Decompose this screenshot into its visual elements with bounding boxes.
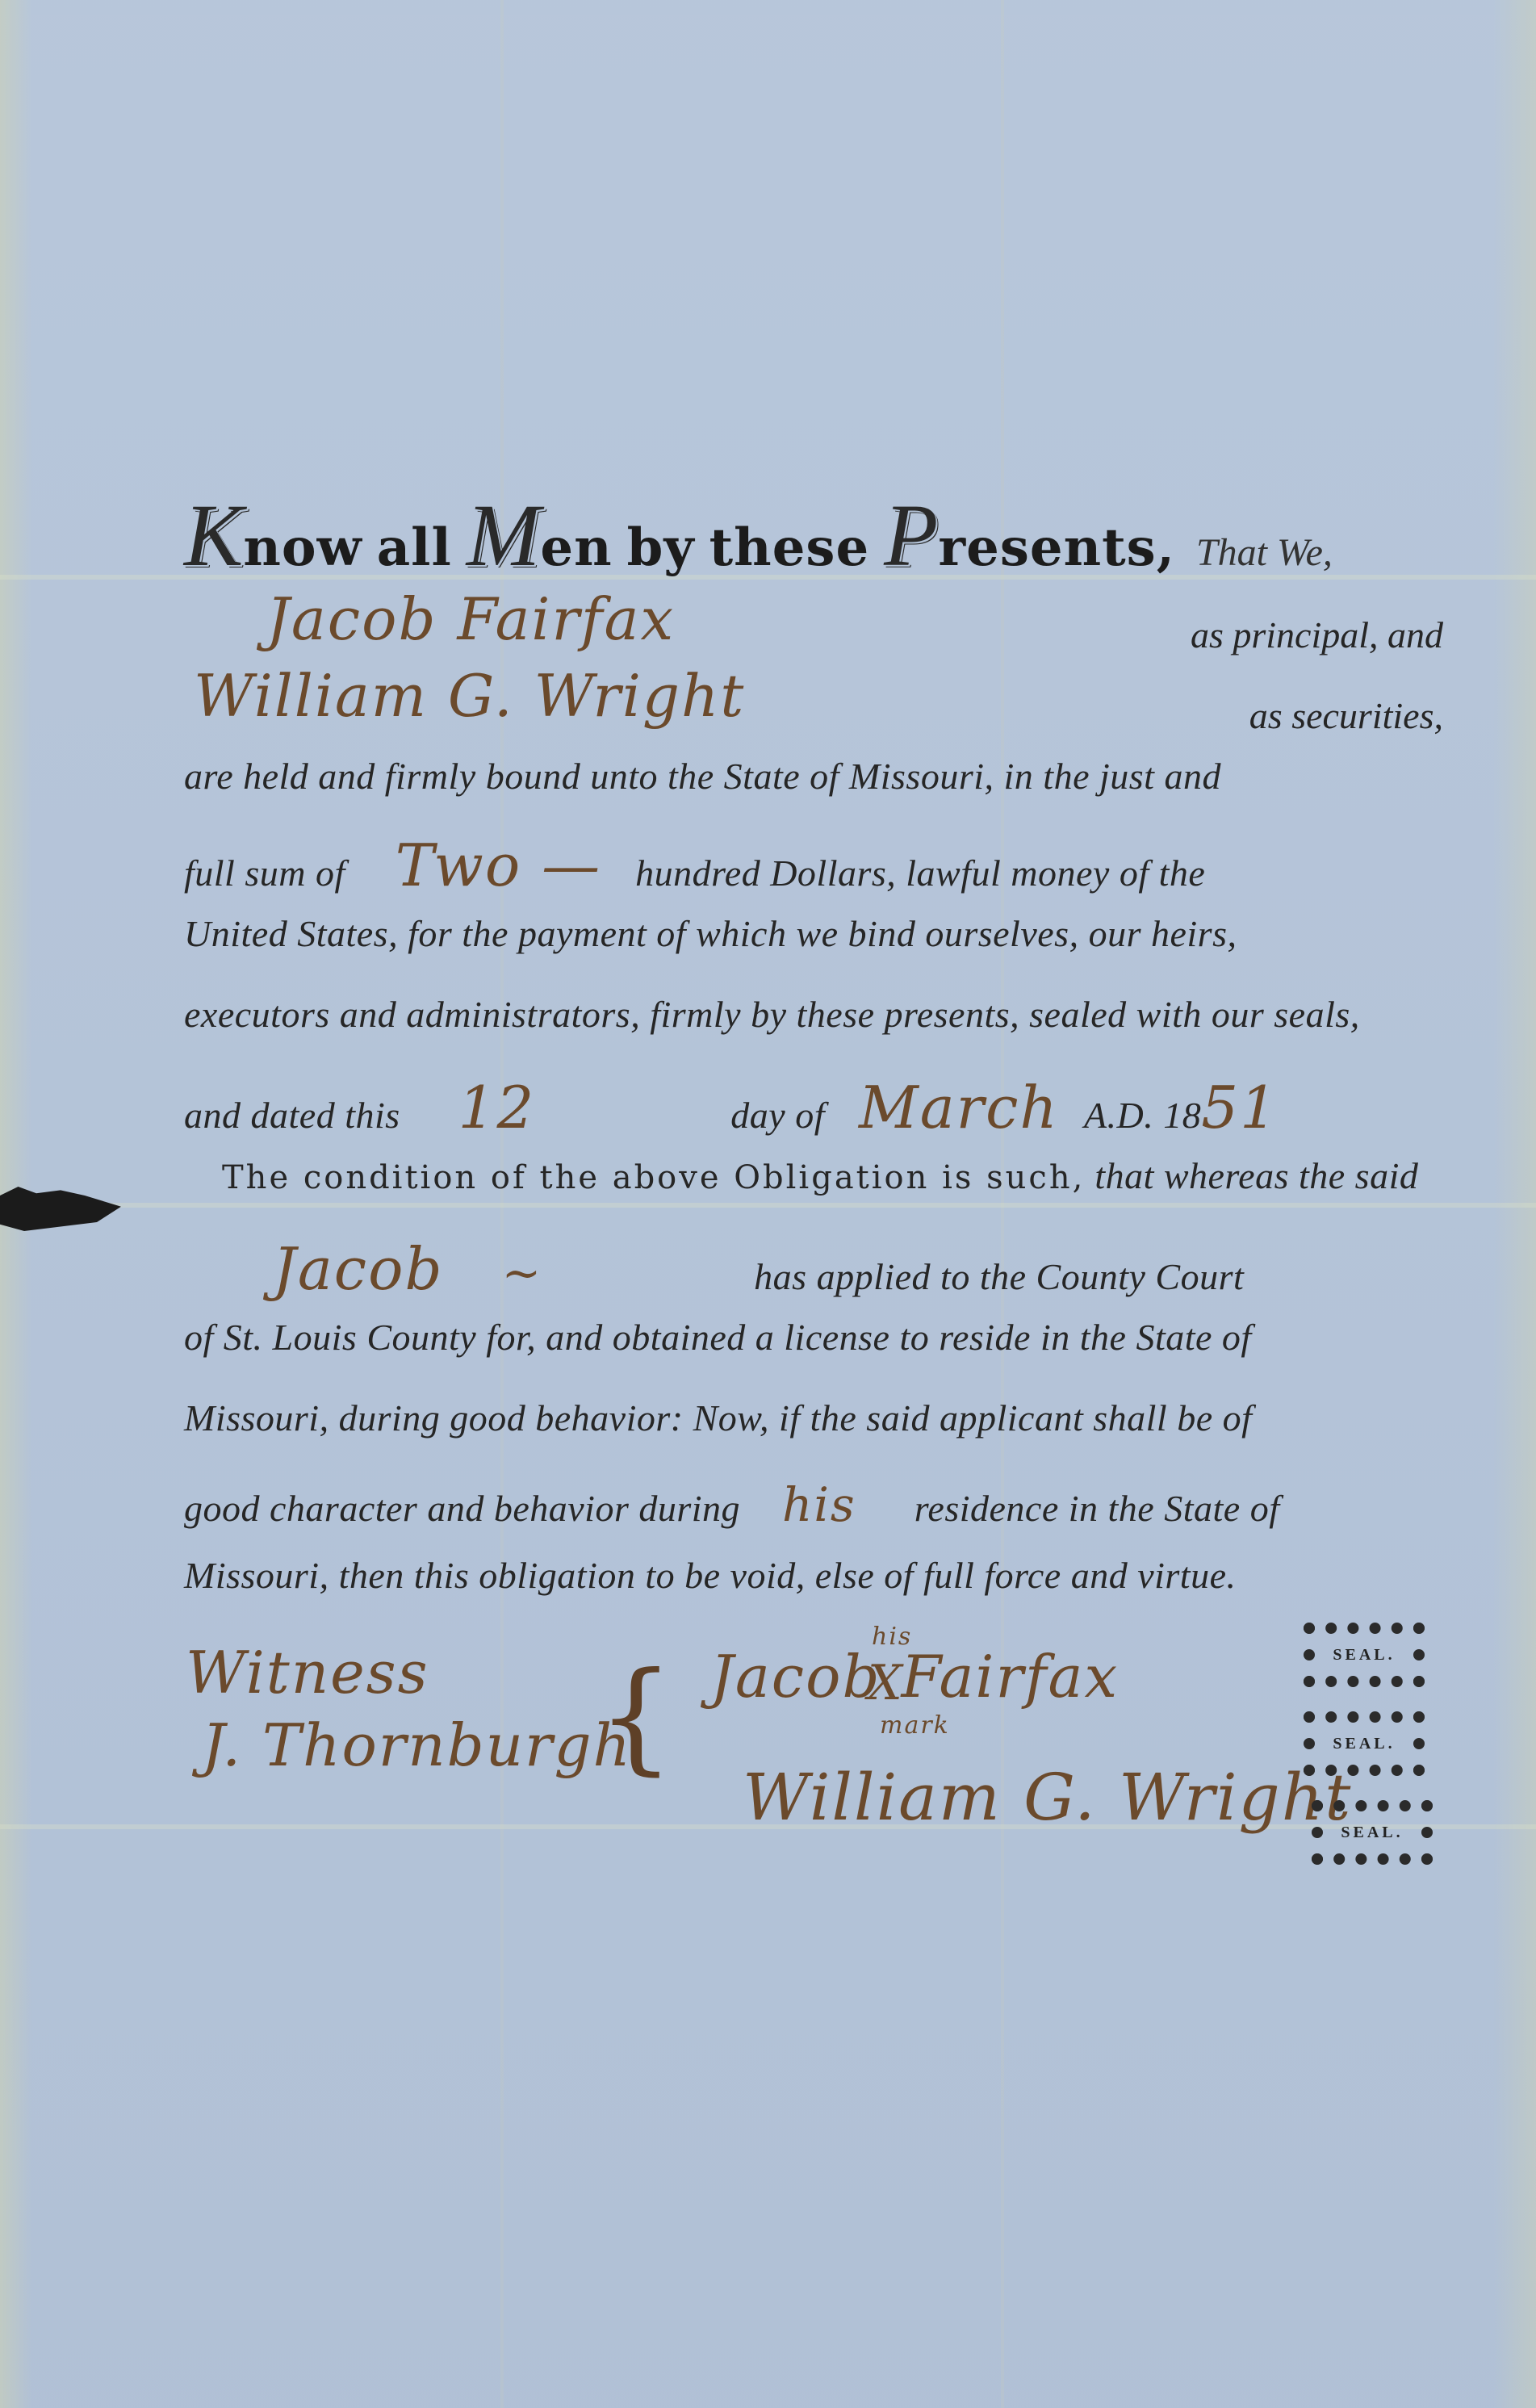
- body-line-1: are held and firmly bound unto the State…: [184, 755, 1443, 798]
- day-handwritten: 12: [458, 1074, 536, 1141]
- securities-label: as securities,: [1249, 694, 1443, 737]
- seal-1: SEAL.: [1304, 1623, 1425, 1687]
- security-signature: William G. Wright: [743, 1760, 1352, 1835]
- heading-text: resents,: [938, 517, 1175, 578]
- applicant-handwritten: Jacob: [273, 1235, 444, 1303]
- heading-text: these: [709, 517, 870, 578]
- body-line-2: full sum of Two — hundred Dollars, lawfu…: [184, 831, 1443, 899]
- paper-fold-horizontal: [0, 1203, 1536, 1208]
- principal-mark-mark: mark: [880, 1711, 950, 1740]
- condition-text: has applied to the County Court: [754, 1256, 1244, 1297]
- body-line-date: and dated this 12 day of March A.D. 1851: [184, 1074, 1443, 1141]
- condition-line-5: Missouri, then this obligation to be voi…: [184, 1554, 1443, 1597]
- body-text: and dated this: [184, 1095, 400, 1136]
- condition-text: good character and behavior during: [184, 1488, 740, 1529]
- sum-handwritten: Two —: [396, 831, 601, 899]
- witness-name-handwritten: J. Thornburgh: [202, 1711, 632, 1779]
- body-line-3: United States, for the payment of which …: [184, 912, 1443, 955]
- securities-name-handwritten: William G. Wright: [194, 662, 745, 730]
- principal-signature-text: Jacob Fairfax: [710, 1643, 1119, 1711]
- body-line-4: executors and administrators, firmly by …: [184, 993, 1443, 1036]
- month-handwritten: March: [859, 1074, 1059, 1141]
- heading-text: all: [377, 517, 452, 578]
- heading-that-we: That We,: [1196, 531, 1333, 574]
- condition-text: The condition of the above Obligation is…: [222, 1159, 1085, 1196]
- signature-brace: {: [597, 1647, 674, 1787]
- condition-line-3: Missouri, during good behavior: Now, if …: [184, 1397, 1443, 1439]
- seal-3: SEAL.: [1312, 1800, 1433, 1865]
- heading-text: by: [627, 517, 695, 578]
- condition-line-4: good character and behavior during his r…: [184, 1477, 1443, 1532]
- condition-text: that whereas the said: [1094, 1155, 1418, 1196]
- heading-initial-m: M: [467, 486, 541, 584]
- paper-damage-mark: [0, 1187, 121, 1231]
- principal-signature: Jacob Fairfax: [710, 1643, 1119, 1711]
- condition-line-1: Jacob ~ has applied to the County Court: [184, 1235, 1443, 1303]
- document-heading: Know all Men by these Presents, That We,: [184, 484, 1443, 587]
- condition-line-2: of St. Louis County for, and obtained a …: [184, 1316, 1443, 1359]
- witness-label-handwritten: Witness: [186, 1639, 429, 1707]
- principal-name-handwritten: Jacob Fairfax: [266, 585, 675, 653]
- condition-line-intro: The condition of the above Obligation is…: [222, 1154, 1481, 1197]
- heading-text: en: [540, 517, 612, 578]
- heading-initial-p: P: [884, 486, 938, 584]
- condition-text: residence in the State of: [914, 1488, 1280, 1529]
- body-text: hundred Dollars, lawful money of the: [635, 852, 1205, 894]
- body-text: A.D. 18: [1084, 1095, 1201, 1136]
- principal-mark-x: X: [868, 1655, 904, 1711]
- heading-text: now: [243, 517, 362, 578]
- body-text: day of: [730, 1095, 825, 1136]
- body-text: full sum of: [184, 852, 345, 894]
- pronoun-handwritten: his: [782, 1477, 856, 1532]
- heading-initial-k: K: [184, 486, 243, 584]
- year-handwritten: 51: [1201, 1074, 1279, 1141]
- seal-2: SEAL.: [1304, 1711, 1425, 1776]
- flourish: ~: [502, 1246, 543, 1300]
- principal-label: as principal, and: [1191, 614, 1443, 656]
